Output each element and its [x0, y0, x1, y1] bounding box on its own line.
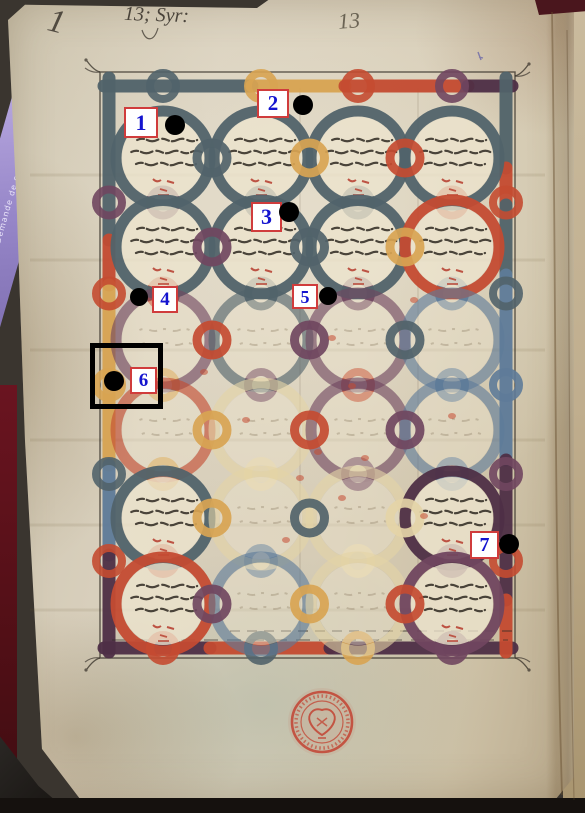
manuscript-photo-scene: Demande de comm 1 13; Syr: 13 1234567 — [0, 0, 585, 813]
marker-3-dot[interactable] — [279, 202, 299, 222]
marker-1-dot[interactable] — [165, 115, 185, 135]
annotation-overlay: 1234567 — [0, 0, 585, 813]
marker-2-label[interactable]: 2 — [257, 89, 289, 118]
marker-3-label[interactable]: 3 — [251, 202, 282, 232]
marker-7-dot[interactable] — [499, 534, 519, 554]
marker-2-dot[interactable] — [293, 95, 313, 115]
marker-1-label[interactable]: 1 — [124, 107, 158, 138]
marker-7-label[interactable]: 7 — [470, 531, 499, 559]
marker-6-dot[interactable] — [104, 371, 124, 391]
marker-5-dot[interactable] — [319, 287, 337, 305]
marker-4-label[interactable]: 4 — [152, 286, 178, 313]
marker-5-label[interactable]: 5 — [292, 284, 318, 309]
marker-4-dot[interactable] — [130, 288, 148, 306]
marker-6-label[interactable]: 6 — [130, 367, 157, 394]
